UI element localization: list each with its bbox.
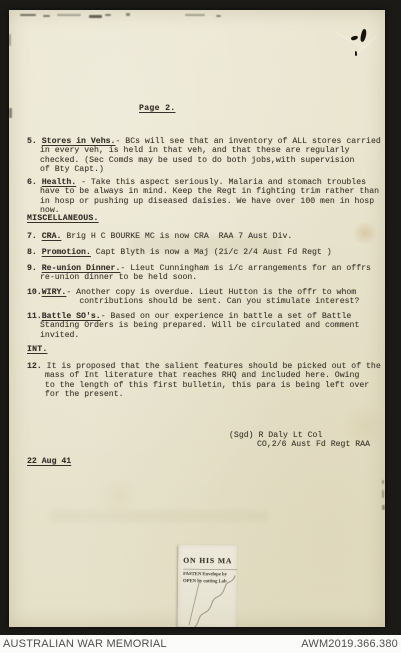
bleed-through-mark (57, 14, 81, 16)
edge-mark (9, 34, 11, 46)
bleed-through-mark (185, 14, 205, 16)
bleed-through-mark (20, 14, 36, 16)
item-number: 5. (27, 137, 42, 146)
edge-mark (382, 490, 384, 498)
item-number: 9. (27, 264, 42, 273)
bleed-through-mark (89, 15, 102, 18)
item-heading: Battle SO's. (42, 312, 101, 321)
para-promotion: 8. Promotion. Capt Blyth is now a Maj (2… (27, 248, 385, 257)
section-int: INT. (27, 345, 385, 354)
awm-footer-left: AUSTRALIAN WAR MEMORIAL (3, 638, 167, 650)
para-reunion-dinner: 9. Re-union Dinner.- Lieut Cunningham is… (27, 264, 385, 283)
item-text: It is proposed that the salient features… (40, 362, 381, 399)
para-cra: 7. CRA. Brig H C BOURKE MC is now CRA RA… (27, 232, 385, 241)
awm-footer-right: AWM2019.366.380 (301, 638, 398, 650)
item-heading: Health. (42, 178, 76, 187)
item-heading: Promotion. (42, 248, 91, 257)
item-heading: WIRY. (42, 288, 67, 297)
para-battle-sos: 11.Battle SO's.- Based on our experience… (27, 312, 385, 340)
item-number: 7. (27, 232, 42, 241)
item-number: 10. (27, 288, 42, 297)
tear-mark (351, 35, 359, 41)
item-text: Capt Blyth is now a Maj (2i/c 2/4 Aust F… (91, 248, 332, 257)
tear-mark (360, 29, 368, 43)
awm-footer-bar: AUSTRALIAN WAR MEMORIAL AWM2019.366.380 (0, 635, 401, 653)
item-heading: CRA. (42, 232, 62, 241)
bleed-through-mark (105, 14, 111, 16)
item-text: - Another copy is overdue. Lieut Hutton … (40, 288, 359, 306)
bleed-through-mark (126, 13, 130, 16)
signature-line-1: (Sgd) R Daly Lt Col (229, 431, 322, 440)
edge-mark (382, 480, 384, 484)
edge-mark (382, 505, 385, 510)
stain (89, 480, 149, 510)
para-stores-in-vehs: 5. Stores in Vehs.- BCs will see that an… (27, 137, 385, 174)
para-wiry: 10.WIRY.- Another copy is overdue. Lieut… (27, 288, 385, 307)
signature-line-2: CO,2/6 Aust Fd Regt RAA (257, 440, 370, 449)
para-int-bulletin: 12. It is proposed that the salient feat… (27, 362, 385, 399)
item-number: 11. (27, 312, 42, 321)
item-number: 12. (27, 362, 47, 371)
item-heading: Stores in Vehs. (42, 137, 116, 146)
bleed-through-mark (43, 15, 50, 17)
document-page: Page 2. 5. Stores in Vehs.- BCs will see… (9, 10, 385, 627)
handwriting-pencil (167, 553, 257, 627)
bleed-through-mark (216, 15, 221, 17)
item-text: - Take this aspect seriously. Malaria an… (40, 178, 379, 215)
para-health: 6. Health. - Take this aspect seriously.… (27, 178, 385, 215)
scan-frame: Page 2. 5. Stores in Vehs.- BCs will see… (0, 0, 401, 653)
tear-mark (355, 51, 357, 56)
item-number: 6. (27, 178, 42, 187)
date-stamp: 22 Aug 41 (27, 457, 71, 466)
section-miscellaneous: MISCELLANEOUS. (27, 214, 385, 223)
page-heading: Page 2. (139, 104, 176, 113)
bleed-through-text (49, 510, 269, 522)
item-text: Brig H C BOURKE MC is now CRA RAA 7 Aust… (61, 232, 292, 241)
item-number: 8. (27, 248, 42, 257)
edge-mark (9, 108, 12, 118)
item-heading: Re-union Dinner. (42, 264, 121, 273)
